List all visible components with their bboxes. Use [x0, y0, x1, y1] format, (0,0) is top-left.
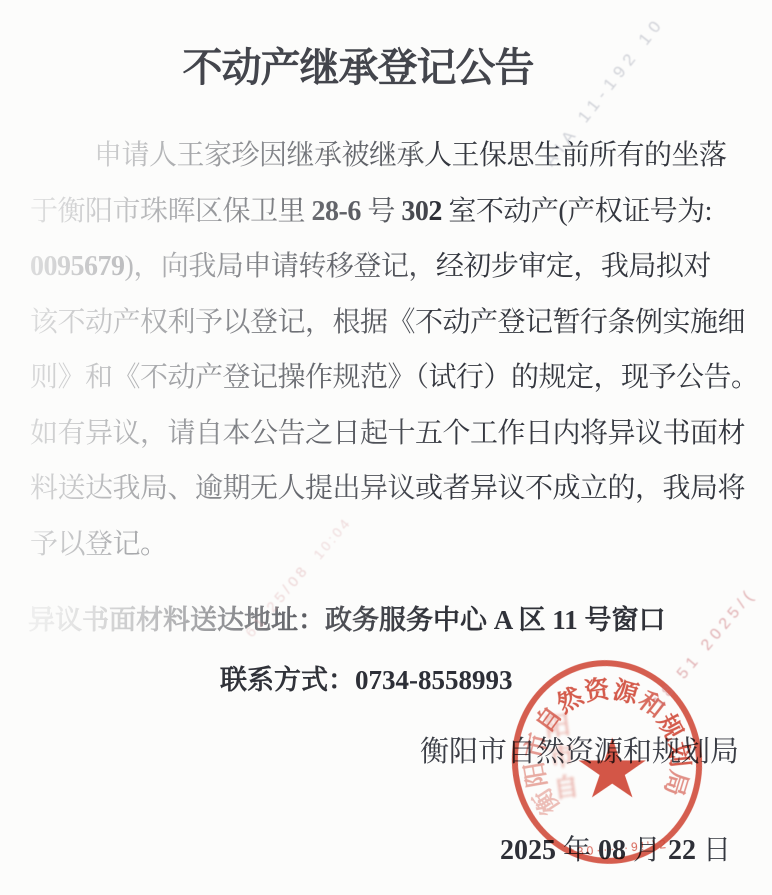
date-month-label: 月	[626, 835, 668, 866]
delivery-address-line: 异议书面材料送达地址：政务服务中心 A 区 11 号窗口	[28, 598, 666, 637]
body-line: 予以登记。	[30, 522, 752, 578]
issuer-name: 衡阳市自然资源和规划局	[420, 729, 739, 770]
seal-arc-char: 源	[609, 670, 642, 711]
contact-phone-number: 0734-8558993	[355, 665, 513, 695]
body-line: 0095679)，向我局申请转移登记，经初步审定，我局拟对	[30, 244, 752, 300]
page-title: 不动产继承登记公告	[0, 36, 716, 93]
body-text: )，向我局申请转移登记，经初步审定，我局拟对	[125, 251, 711, 282]
body-line: 如有异议，请自本公告之日起十五个工作日内将异议书面材	[30, 411, 752, 467]
issue-date: 2025 年 08 月 22 日	[500, 828, 731, 868]
date-day: 22	[668, 835, 696, 866]
body-line: 申请人王家珍因继承被继承人王保思生前所有的坐落	[30, 133, 752, 189]
announcement-document: AIA 11-192 10 61 25/08 10:04 18 51 2025/…	[0, 0, 772, 895]
seal-arc-char: 衡	[523, 782, 567, 823]
body-line: 料送达我局、逾期无人提出异议或者异议不成立的，我局将	[30, 466, 752, 522]
contact-line: 联系方式：0734-8558993	[220, 658, 513, 697]
body-text: 号	[361, 196, 402, 227]
contact-label: 联系方式：	[220, 665, 355, 695]
seal-arc-char: 然	[549, 677, 589, 721]
body-line: 该不动产权利予以登记，根据《不动产登记暂行条例实施细	[30, 300, 752, 356]
body-text: 室不动产(产权证号为:	[442, 196, 712, 227]
announcement-body: 申请人王家珍因继承被继承人王保思生前所有的坐落 于衡阳市珠晖区保卫里 28-6 …	[30, 133, 752, 577]
body-line: 则》和《不动产登记操作规范》（试行）的规定，现予公告。	[30, 355, 752, 411]
seal-arc-char: 局	[657, 766, 699, 800]
date-day-label: 日	[696, 835, 731, 866]
room-number: 302	[401, 196, 442, 227]
certificate-number: 0095679	[30, 251, 125, 282]
seal-arc-char: 和	[632, 682, 674, 726]
body-line: 于衡阳市珠晖区保卫里 28-6 号 302 室不动产(产权证号为:	[30, 189, 752, 245]
body-text: 于衡阳市珠晖区保卫里	[30, 196, 312, 227]
scan-watermark-right: 18 51 2025/(	[650, 585, 760, 711]
date-year-label: 年	[556, 835, 598, 866]
house-number: 28-6	[312, 196, 361, 227]
seal-arc-char: 资	[582, 669, 612, 708]
date-month: 08	[598, 835, 626, 866]
date-year: 2025	[500, 835, 556, 866]
